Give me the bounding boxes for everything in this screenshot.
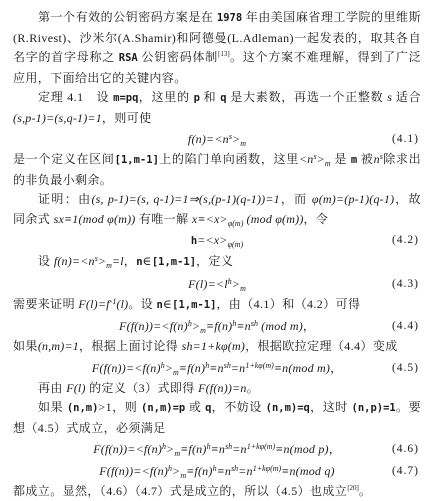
text-run: 。 bbox=[359, 484, 371, 498]
theorem-4-1: 定理 4.1 设 m=pq，这里的 p 和 q 是大素数，再选一个正整数 s 适… bbox=[13, 88, 421, 128]
text-run: 有唯一解 bbox=[135, 212, 191, 226]
text-run: ≡n(mod p) bbox=[275, 442, 329, 456]
final-paragraph: 都成立。显然，（4.6）（4.7）式是成立的，所以（4.5）也成立[20]。 bbox=[13, 482, 421, 501]
text-run: ≡f(n) bbox=[186, 464, 212, 478]
text-run: F(f(n))=<f(n) bbox=[92, 361, 161, 375]
conclusion-f-paragraph: 再由 F(l) 的定义（3）式即得 F(f(n))=n。 bbox=[13, 379, 421, 399]
text-run: φ(m)=(p-1)(q-1) bbox=[312, 192, 394, 206]
text-run: 第一个有效的公钥密码方案是在 bbox=[38, 10, 217, 24]
text-run: 被 bbox=[357, 152, 373, 166]
text-run: ≡n bbox=[236, 319, 251, 333]
text-run: RSA bbox=[119, 52, 138, 64]
text-run: sh bbox=[224, 361, 231, 370]
text-run: ，这时 bbox=[310, 400, 352, 414]
text-run: 的定义（3）式即得 bbox=[86, 381, 198, 395]
text-run: [1,m-1] bbox=[115, 154, 159, 166]
text-run: >1，则 bbox=[98, 400, 141, 414]
citation-marker: [13] bbox=[218, 50, 230, 58]
text-run: (n,m)=p bbox=[141, 402, 185, 414]
text-run: 1+kφ(m) bbox=[245, 361, 273, 370]
equation-number: (4.5) bbox=[392, 358, 419, 378]
text-run: f(n)=<n bbox=[188, 132, 229, 146]
text-run: 和 bbox=[200, 90, 220, 104]
paragraph-text: 如果 (n,m)>1，则 (n,m)=p 或 q，不妨设 (n,m)=q，这时 … bbox=[13, 400, 421, 435]
paragraph-text: 都成立。显然，（4.6）（4.7）式是成立的，所以（4.5）也成立[20]。 bbox=[13, 484, 371, 498]
text-run: 如果 bbox=[38, 400, 67, 414]
text-run: ≡n(mod m) bbox=[274, 361, 330, 375]
text-run: 需要来证明 bbox=[13, 297, 78, 311]
equation-formula: f(n)=<ns>m bbox=[188, 129, 246, 149]
text-run: 公钥密码体制 bbox=[138, 50, 218, 64]
text-run: > bbox=[192, 319, 200, 333]
after-eq-4-1: 是一个定义在区间[1,m-1]上的陷门单向函数，这里<ns>m 是 m 被ns除… bbox=[13, 150, 421, 190]
text-run: (mod φ(m)) bbox=[243, 212, 303, 226]
text-run: ∈ bbox=[143, 254, 152, 268]
text-run: (mod m) bbox=[258, 319, 303, 333]
text-run: 如果 bbox=[13, 339, 38, 353]
text-run: ，根据上面讨论得 bbox=[79, 339, 182, 353]
equation-formula: h=<x>φ(m) bbox=[191, 230, 243, 251]
equation-formula: F(f(n))=<f(n)h>m≡f(n)h≡nsh (mod m)， bbox=[119, 316, 315, 336]
document-page: 第一个有效的公钥密码方案是在 1978 年由美国麻省理工学院的里维斯(R.Riv… bbox=[0, 0, 435, 501]
text-run: ≡n bbox=[217, 464, 232, 478]
text-run: > bbox=[317, 152, 325, 166]
text-run: m bbox=[240, 139, 246, 148]
text-run: [1,m-1] bbox=[152, 256, 196, 268]
text-run: F(f(n))=<f(n) bbox=[119, 319, 188, 333]
text-run: sx≡1(mod φ(m)) bbox=[54, 212, 136, 226]
text-run: 上的陷门单向函数，这里 bbox=[159, 152, 299, 166]
text-run: 。设 bbox=[128, 297, 156, 311]
text-run: =n bbox=[232, 442, 247, 456]
text-run: F(f(n))=<f(n) bbox=[99, 464, 168, 478]
text-run: φ(m) bbox=[228, 219, 244, 228]
text-run: 都成立。显然，（4.6）（4.7）式是成立的，所以（4.5）也成立 bbox=[13, 484, 347, 498]
text-run: 再由 bbox=[38, 381, 66, 395]
equation-4-1: f(n)=<ns>m(4.1) bbox=[13, 128, 421, 150]
euler-paragraph: 如果(n,m)=1，根据上面讨论得 sh=1+kφ(m)，根据欧拉定理（4.4）… bbox=[13, 337, 421, 357]
text-run: =n bbox=[238, 464, 253, 478]
paragraph-text: 如果(n,m)=1，根据上面讨论得 sh=1+kφ(m)，根据欧拉定理（4.4）… bbox=[13, 339, 398, 353]
text-run: (n,m)=1 bbox=[38, 339, 79, 353]
text-run: ， bbox=[303, 319, 315, 333]
text-run: =n bbox=[231, 361, 246, 375]
text-run: F(l)=<l bbox=[188, 277, 228, 291]
text-run: 设 bbox=[38, 254, 54, 268]
text-run: f(n)=<n bbox=[54, 254, 95, 268]
text-run: [1,m-1] bbox=[172, 299, 216, 311]
text-run: F(l) bbox=[66, 381, 85, 395]
equation-number: (4.2) bbox=[392, 230, 419, 250]
text-run: ， bbox=[329, 442, 341, 456]
text-run: (s, p-1)=(s, q-1)=1⇒(s,(p-1)(q-1))=1 bbox=[91, 192, 279, 206]
equation-formula: F(f(n))=<f(n)h>m≡f(n)h≡nsh=n1+kφ(m)≡n(mo… bbox=[93, 439, 341, 459]
equation-4-4: F(f(n))=<f(n)h>m≡f(n)h≡nsh (mod m)，(4.4) bbox=[13, 315, 421, 337]
citation-marker: [20] bbox=[347, 484, 359, 492]
text-run: ≡n(mod q) bbox=[281, 464, 335, 478]
text-run: ≡f(n) bbox=[180, 442, 206, 456]
text-run: 定理 4.1 设 bbox=[38, 90, 113, 104]
text-run: 1+kφ(m) bbox=[253, 464, 281, 473]
text-run: ，而 bbox=[280, 192, 312, 206]
equation-4-5: F(f(n))=<f(n)h>m≡f(n)h≡nsh=n1+kφ(m)≡n(mo… bbox=[13, 357, 421, 379]
equation-4-7: F(f(n))=<f(n)h>m≡f(n)h≡nsh=n1+kφ(m)≡n(mo… bbox=[13, 460, 421, 482]
case-gcd-paragraph: 如果 (n,m)>1，则 (n,m)=p 或 q，不妨设 (n,m)=q，这时 … bbox=[13, 398, 421, 438]
text-run: ，不妨设 bbox=[211, 400, 265, 414]
paragraph-text: 再由 F(l) 的定义（3）式即得 F(f(n))=n。 bbox=[38, 381, 259, 395]
text-run: 是 bbox=[331, 152, 351, 166]
text-run: ，根据欧拉定理（4.4）变成 bbox=[245, 339, 398, 353]
text-run: F(f(n))=n bbox=[198, 381, 247, 395]
paragraph-text: 设 f(n)=<ns>m=l，n∈[1,m-1]，定义 bbox=[38, 254, 233, 268]
text-run: m bbox=[240, 284, 246, 293]
text-run: (n,p)=1 bbox=[352, 402, 396, 414]
text-run: > bbox=[165, 361, 173, 375]
document-body: 第一个有效的公钥密码方案是在 1978 年由美国麻省理工学院的里维斯(R.Riv… bbox=[13, 8, 421, 501]
paragraph-text: 证明：由(s, p-1)=(s, q-1)=1⇒(s,(p-1)(q-1))=1… bbox=[13, 192, 421, 226]
text-run: ≡n bbox=[211, 442, 226, 456]
paragraph-text: 需要来证明 F(l)=f-1(l)。设 n∈[1,m-1]，由（4.1）和（4.… bbox=[13, 297, 360, 311]
text-run: ≡f(n) bbox=[206, 319, 232, 333]
equation-number: (4.1) bbox=[392, 129, 419, 149]
text-run: ，由（4.1）和（4.2）可得 bbox=[216, 297, 360, 311]
text-run: 。 bbox=[247, 381, 259, 395]
text-run: ，令 bbox=[304, 212, 329, 226]
text-run: 是大素数，再选一个正整数 bbox=[227, 90, 388, 104]
text-run: ≡n bbox=[209, 361, 224, 375]
text-run: ，则可使 bbox=[102, 111, 152, 125]
equation-number: (4.7) bbox=[392, 461, 419, 481]
text-run: =<x> bbox=[197, 233, 227, 247]
text-run: 1978 bbox=[217, 12, 242, 24]
equation-number: (4.4) bbox=[392, 316, 419, 336]
define-f-paragraph: 设 f(n)=<ns>m=l，n∈[1,m-1]，定义 bbox=[13, 252, 421, 273]
text-run: > bbox=[232, 277, 240, 291]
equation-4-2: h=<x>φ(m)(4.2) bbox=[13, 229, 421, 252]
text-run: 1+kφ(m) bbox=[247, 442, 275, 451]
text-run: φ(m) bbox=[228, 240, 244, 249]
text-run: ， bbox=[330, 361, 342, 375]
text-run: sh=1+kφ(m) bbox=[182, 339, 246, 353]
text-run: 证明：由 bbox=[38, 192, 91, 206]
equation-formula: F(f(n))=<f(n)h>m≡f(n)h≡nsh=n1+kφ(m)≡n(mo… bbox=[92, 358, 342, 378]
need-to-prove-paragraph: 需要来证明 F(l)=f-1(l)。设 n∈[1,m-1]，由（4.1）和（4.… bbox=[13, 295, 421, 316]
text-run: (s,p-1)=(s,q-1)=1 bbox=[13, 111, 102, 125]
text-run: F(f(n))=<f(n) bbox=[93, 442, 162, 456]
equation-formula: F(l)=<lh>m bbox=[188, 274, 246, 294]
text-run: (n,m) bbox=[67, 402, 99, 414]
equation-number: (4.6) bbox=[392, 439, 419, 459]
equation-formula: F(f(n))=<f(n)h>m≡f(n)h≡nsh=n1+kφ(m)≡n(mo… bbox=[99, 461, 334, 481]
text-run: F(l)=f bbox=[78, 297, 109, 311]
text-run: > bbox=[98, 254, 106, 268]
text-run: 是一个定义在区间 bbox=[13, 152, 115, 166]
text-run: m=pq bbox=[113, 92, 138, 104]
text-run: ，定义 bbox=[196, 254, 233, 268]
text-run: =l bbox=[112, 254, 124, 268]
proof-paragraph: 证明：由(s, p-1)=(s, q-1)=1⇒(s,(p-1)(q-1))=1… bbox=[13, 190, 421, 229]
text-run: ≡f(n) bbox=[179, 361, 205, 375]
text-run: x≡<x> bbox=[192, 212, 228, 226]
text-run: 或 bbox=[185, 400, 205, 414]
paragraph-text: 定理 4.1 设 m=pq，这里的 p 和 q 是大素数，再选一个正整数 s 适… bbox=[13, 90, 421, 125]
equation-4-3: F(l)=<lh>m(4.3) bbox=[13, 273, 421, 295]
text-run: ，这里的 bbox=[138, 90, 193, 104]
text-run: 适合 bbox=[392, 90, 421, 104]
paragraph-text: 第一个有效的公钥密码方案是在 1978 年由美国麻省理工学院的里维斯(R.Riv… bbox=[13, 10, 421, 85]
text-run: <n bbox=[299, 152, 314, 166]
paragraph-text: 是一个定义在区间[1,m-1]上的陷门单向函数，这里<ns>m 是 m 被ns除… bbox=[13, 152, 421, 187]
text-run: sh bbox=[251, 319, 258, 328]
text-run: ， bbox=[124, 254, 136, 268]
text-run: (l) bbox=[116, 297, 128, 311]
intro-paragraph: 第一个有效的公钥密码方案是在 1978 年由美国麻省理工学院的里维斯(R.Riv… bbox=[13, 8, 421, 88]
text-run: ∈ bbox=[163, 297, 172, 311]
equation-4-6: F(f(n))=<f(n)h>m≡f(n)h≡nsh=n1+kφ(m)≡n(mo… bbox=[13, 438, 421, 460]
equation-number: (4.3) bbox=[392, 274, 419, 294]
text-run: (n,m)=q bbox=[266, 402, 310, 414]
